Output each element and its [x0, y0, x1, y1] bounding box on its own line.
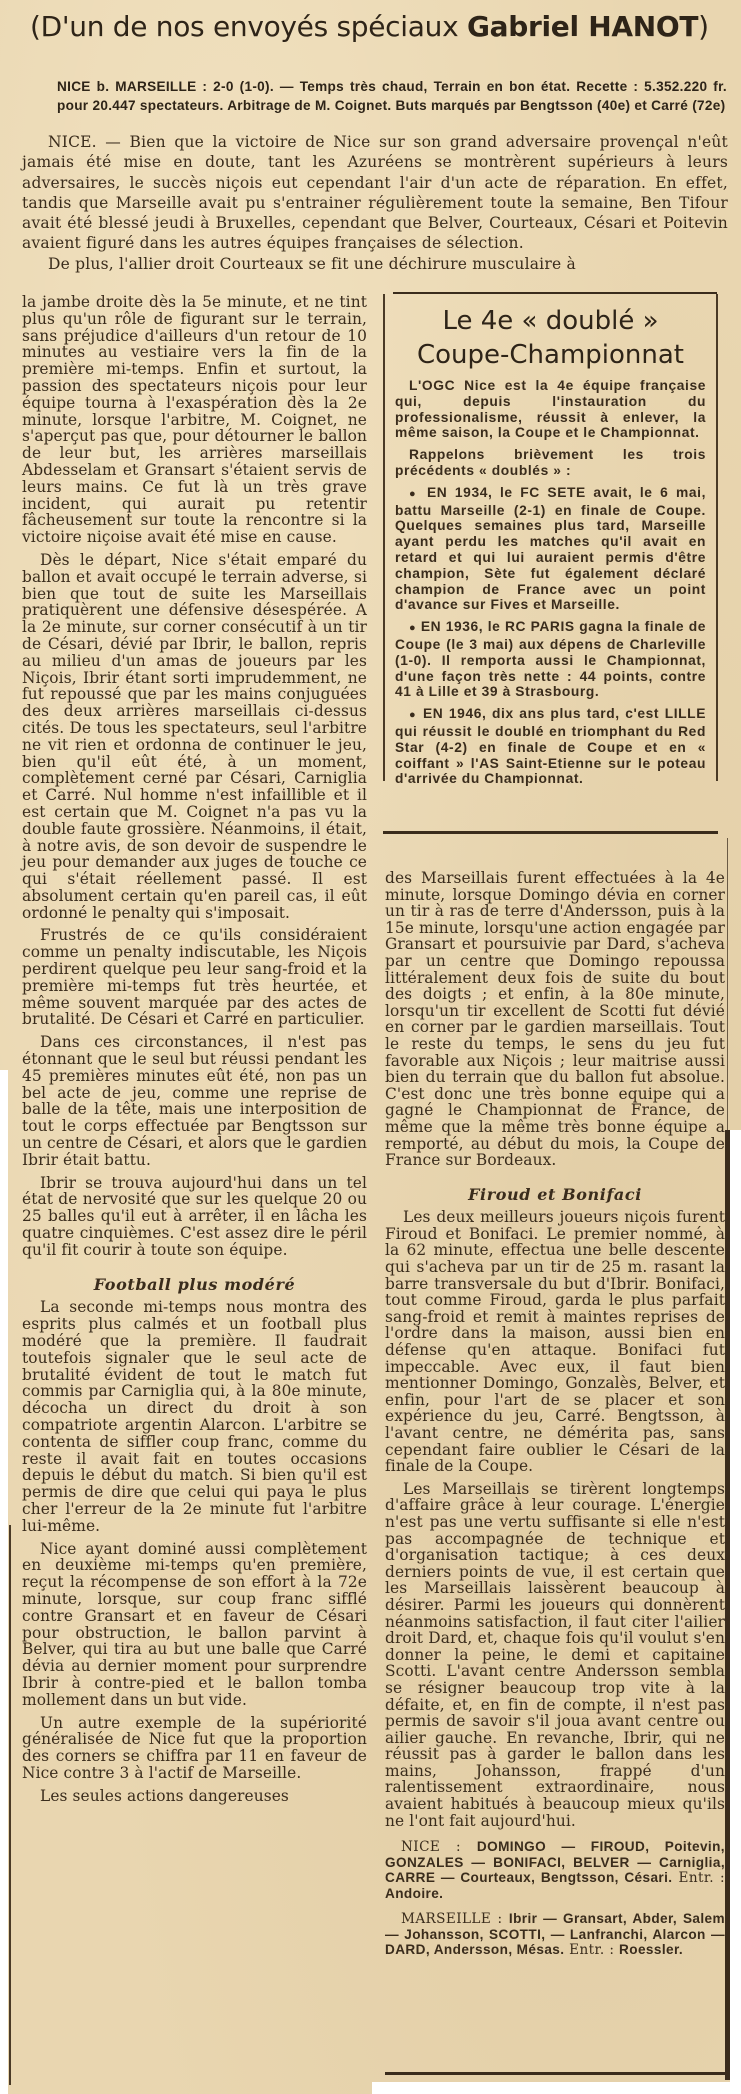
- article-paragraph: la jambe droite dès la 5e minute, et ne …: [22, 294, 367, 546]
- bullet-text: EN 1936, le RC PARIS gagna la finale de …: [395, 619, 706, 699]
- box-bottom-rule: [383, 831, 718, 834]
- team-lineups: NICE : DOMINGO — FIROUD, Poitevin, GONZA…: [385, 1839, 725, 1958]
- bullet-text: EN 1934, le FC SETE avait, le 6 mai, bat…: [395, 485, 706, 613]
- scan-margin: [0, 1070, 8, 2094]
- article-paragraph: Les Marseillais se tirèrent longtemps d'…: [385, 1481, 725, 1829]
- coach-label: Entr. :: [564, 1942, 619, 1958]
- right-column: des Marseillais furent effectuées à la 4…: [385, 870, 725, 1958]
- bullet-text: EN 1946, dix ans plus tard, c'est LILLE …: [395, 706, 706, 786]
- coach-name: Andoire.: [385, 1886, 443, 1901]
- box-body: L'OGC Nice est la 4e équipe française qu…: [395, 378, 706, 787]
- article-paragraph: des Marseillais furent effectuées à la 4…: [385, 870, 725, 1169]
- article-paragraph: Dans ces circonstances, il n'est pas éto…: [22, 1034, 367, 1168]
- box-paragraph: L'OGC Nice est la 4e équipe française qu…: [395, 378, 706, 441]
- article-paragraph: Ibrir se trouva aujourd'hui dans un tel …: [22, 1175, 367, 1259]
- bullet-icon: ●: [409, 622, 416, 634]
- left-column: la jambe droite dès la 5e minute, et ne …: [22, 294, 367, 1811]
- article-paragraph: Nice ayant dominé aussi complètement en …: [22, 1541, 367, 1709]
- box-title-line2: Coupe-Championnat: [395, 338, 706, 372]
- intro-paragraph: NICE. — Bien que la victoire de Nice sur…: [22, 132, 728, 254]
- box-bullet-item: ● EN 1946, dix ans plus tard, c'est LILL…: [395, 706, 706, 787]
- byline-prefix: (D'un de nos envoyés spéciaux: [30, 10, 467, 43]
- bottom-rule: [385, 2072, 727, 2075]
- team-label: NICE :: [401, 1839, 477, 1855]
- lineup-nice: NICE : DOMINGO — FIROUD, Poitevin, GONZA…: [385, 1839, 725, 1901]
- article-paragraph: Les deux meilleurs joueurs niçois furent…: [385, 1209, 725, 1475]
- intro-paragraph: De plus, l'allier droit Courteaux se fit…: [22, 254, 728, 274]
- team-label: MARSEILLE :: [401, 1911, 509, 1927]
- box-bullet-item: ● EN 1936, le RC PARIS gagna la finale d…: [395, 619, 706, 700]
- lineup-marseille: MARSEILLE : Ibrir — Gransart, Abder, Sal…: [385, 1911, 725, 1958]
- article-paragraph: La seconde mi-temps nous montra des espr…: [22, 1299, 367, 1534]
- article-intro: NICE. — Bien que la victoire de Nice sur…: [22, 132, 728, 274]
- column-rule: [727, 838, 728, 1130]
- byline-suffix: ): [698, 10, 709, 43]
- scan-margin: [372, 2082, 741, 2094]
- scan-margin: [730, 1130, 741, 2094]
- bullet-icon: ●: [409, 709, 417, 721]
- section-subhead: Firoud et Bonifaci: [385, 1187, 725, 1204]
- article-paragraph: Les seules actions dangereuses: [22, 1788, 367, 1805]
- coach-name: Roessler.: [619, 1942, 683, 1957]
- box-bullet-item: ● EN 1934, le FC SETE avait, le 6 mai, b…: [395, 485, 706, 613]
- box-title-line1: Le 4e « doublé »: [395, 304, 706, 338]
- article-paragraph: Un autre exemple de la supériorité génér…: [22, 1715, 367, 1782]
- column-rule-left: [9, 1525, 11, 2085]
- coach-label: Entr. :: [672, 1870, 725, 1886]
- article-paragraph: Frustrés de ce qu'ils considéraient comm…: [22, 927, 367, 1028]
- bullet-icon: ●: [409, 488, 419, 500]
- article-paragraph: Dès le départ, Nice s'était emparé du ba…: [22, 552, 367, 922]
- section-subhead: Football plus modéré: [22, 1277, 367, 1294]
- box-paragraph: Rappelons brièvement les trois précédent…: [395, 447, 706, 479]
- byline-author: Gabriel HANOT: [467, 10, 698, 43]
- box-title: Le 4e « doublé » Coupe-Championnat: [395, 304, 706, 372]
- article-byline: (D'un de nos envoyés spéciaux Gabriel HA…: [30, 10, 730, 43]
- sidebar-box: Le 4e « doublé » Coupe-Championnat L'OGC…: [383, 294, 718, 781]
- match-summary: NICE b. MARSEILLE : 2-0 (1-0). — Temps t…: [57, 78, 727, 115]
- newspaper-page: (D'un de nos envoyés spéciaux Gabriel HA…: [0, 0, 741, 2094]
